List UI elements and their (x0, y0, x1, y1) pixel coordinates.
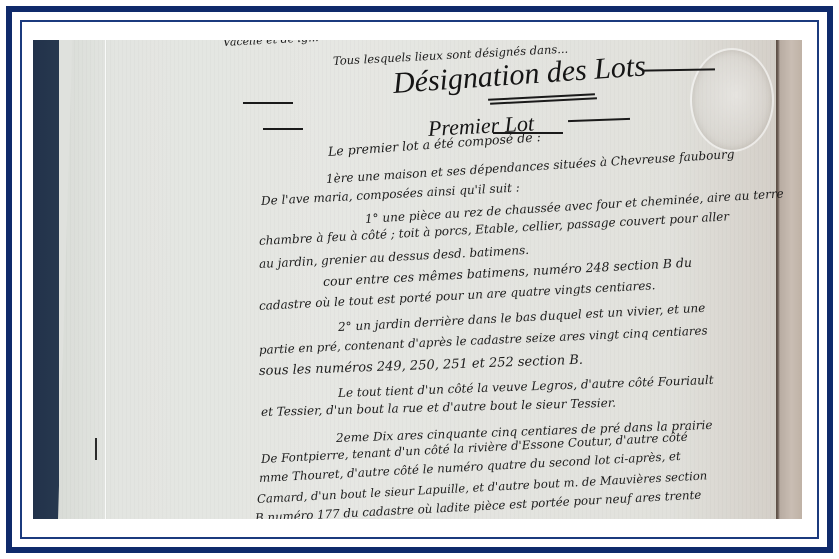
ink-mark (95, 438, 97, 460)
embossed-seal-icon (690, 48, 774, 152)
title-rule-left (243, 102, 293, 104)
book-binding-edge (776, 40, 802, 519)
manuscript-photo: Vacelle et de lg... Tous lesquels lieux … (33, 40, 802, 519)
subtitle-rule-left (263, 128, 303, 130)
page-fold-line (105, 40, 106, 519)
book-cover-edge (33, 40, 59, 519)
